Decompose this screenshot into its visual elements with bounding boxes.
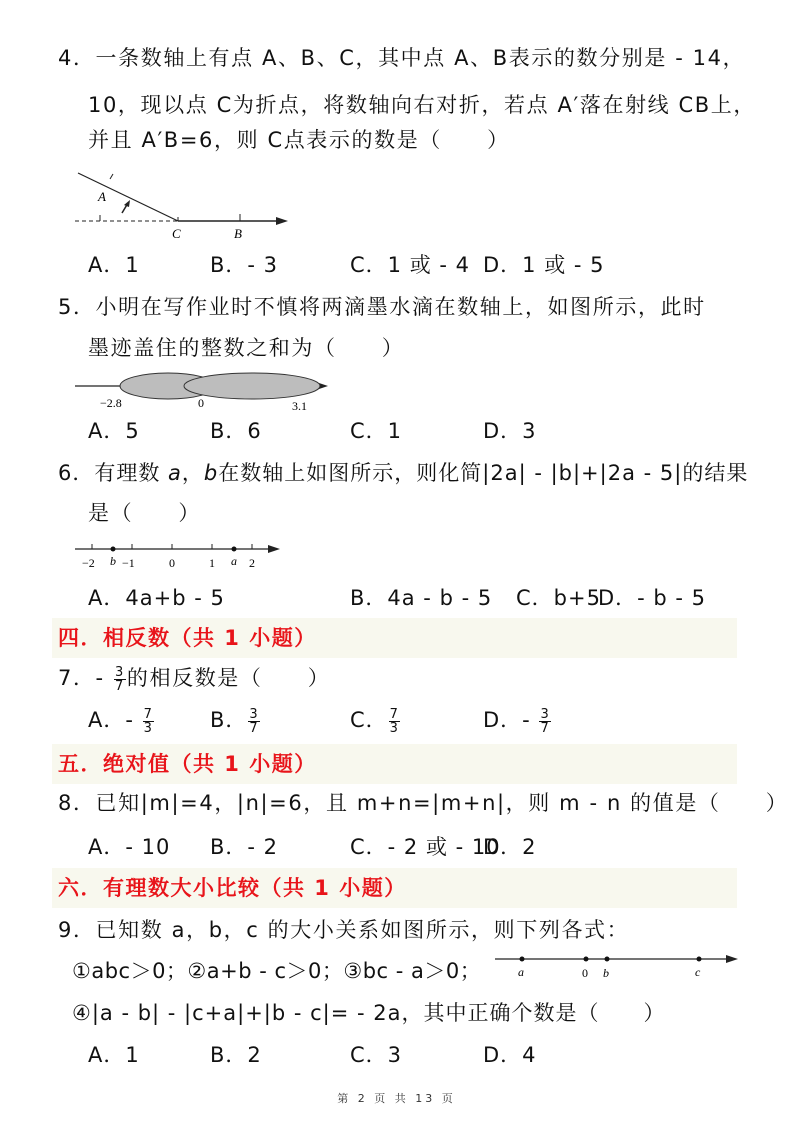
fraction: 37 <box>539 708 550 735</box>
numerator: 3 <box>114 666 126 680</box>
q8-option-b[interactable]: B．- 2 <box>210 832 278 862</box>
q9-line1: 9．已知数 a，b，c 的大小关系如图所示，则下列各式： <box>58 915 629 945</box>
q6-line1: 6．有理数 a，b在数轴上如图所示，则化简|2a| - |b|+|2a - 5|… <box>58 458 748 488</box>
q9-number-line: a 0 b c <box>490 950 750 985</box>
q5-option-c[interactable]: C．1 <box>350 416 402 446</box>
numerator: 3 <box>248 708 259 722</box>
q6-number-line: −2 b −1 0 1 a 2 <box>70 538 290 573</box>
q4-option-a[interactable]: A．1 <box>88 250 140 280</box>
q7-option-a[interactable]: A．- 73 <box>88 705 155 735</box>
denominator: 7 <box>248 722 259 735</box>
q6-option-a[interactable]: A．4a+b - 5 <box>88 583 225 613</box>
point-c-label: c <box>695 965 701 979</box>
var-b: b <box>204 461 218 485</box>
q8-option-c[interactable]: C．- 2 或 - 10 <box>350 832 501 862</box>
point-a-label: a <box>518 965 524 979</box>
numerator: 7 <box>143 708 154 722</box>
q6-line2: 是（ ） <box>88 498 201 528</box>
q5-option-b[interactable]: B．6 <box>210 416 262 446</box>
q8-line1: 8．已知|m|=4，|n|=6，且 m+n=|m+n|，则 m - n 的值是（… <box>58 788 788 818</box>
q7-text-post: 的相反数是（ ） <box>127 666 330 690</box>
option-label: B． <box>210 708 247 732</box>
q7-option-c[interactable]: C．73 <box>350 705 401 735</box>
q5-option-a[interactable]: A．5 <box>88 416 140 446</box>
q4-option-b[interactable]: B．- 3 <box>210 250 278 280</box>
q9-option-b[interactable]: B．2 <box>210 1040 262 1070</box>
section-heading-absolute-value: 五．绝对值（共 1 小题） <box>52 744 737 784</box>
fraction: 73 <box>143 708 154 735</box>
tick-neg2: −2 <box>82 556 95 570</box>
tick-0: 0 <box>169 556 175 570</box>
section-heading-opposite-numbers: 四．相反数（共 1 小题） <box>52 618 737 658</box>
fraction-3-7: 37 <box>114 666 126 693</box>
point-b-label: b <box>603 966 609 980</box>
q4-line2: 10，现以点 C为折点，将数轴向右对折，若点 A′落在射线 CB上， <box>88 90 756 120</box>
q5-ink-blot-diagram: −2.8 0 3.1 <box>70 370 340 415</box>
q5-line1: 5．小明在写作业时不慎将两滴墨水滴在数轴上，如图所示，此时 <box>58 292 706 322</box>
option-label: D．- <box>483 708 538 732</box>
q7-line: 7．- 37的相反数是（ ） <box>58 663 330 693</box>
q6-text-pre: 6．有理数 <box>58 461 168 485</box>
denominator: 3 <box>389 722 400 735</box>
denominator: 7 <box>114 680 126 693</box>
page-number-footer: 第 2 页 共 13 页 <box>0 1090 793 1106</box>
point-b-label: b <box>110 554 116 568</box>
q9-option-a[interactable]: A．1 <box>88 1040 140 1070</box>
label-A: A <box>97 189 106 204</box>
section-heading-rational-comparison: 六．有理数大小比较（共 1 小题） <box>52 868 737 908</box>
q4-option-c[interactable]: C．1 或 - 4 <box>350 250 470 280</box>
numerator: 3 <box>539 708 550 722</box>
q6-text-post: 在数轴上如图所示，则化简|2a| - |b|+|2a - 5|的结果 <box>218 461 748 485</box>
option-label: C． <box>350 708 388 732</box>
option-label: A．- <box>88 708 142 732</box>
q6-option-b[interactable]: B．4a - b - 5 <box>350 583 492 613</box>
q6-option-d[interactable]: D．- b - 5 <box>598 583 706 613</box>
q4-option-d[interactable]: D．1 或 - 5 <box>483 250 605 280</box>
q9-line2: ①abc＞0；②a+b - c＞0；③bc - a＞0； <box>72 956 481 986</box>
q5-line2: 墨迹盖住的整数之和为（ ） <box>88 333 404 363</box>
q4-fold-diagram: A C B <box>70 165 300 245</box>
q9-line3: ④|a - b| - |c+a|+|b - c|= - 2a，其中正确个数是（ … <box>72 998 666 1028</box>
denominator: 7 <box>539 722 550 735</box>
var-a: a <box>168 461 182 485</box>
q4-line3: 并且 A′B=6，则 C点表示的数是（ ） <box>88 125 510 155</box>
label-C: C <box>172 226 181 241</box>
q7-option-d[interactable]: D．- 37 <box>483 705 552 735</box>
label-neg-2-8: −2.8 <box>100 396 122 410</box>
q4-line1: 4．一条数轴上有点 A、B、C，其中点 A、B表示的数分别是 - 14， <box>58 43 745 73</box>
q7-text-pre: 7．- <box>58 666 113 690</box>
tick-2: 2 <box>249 556 255 570</box>
denominator: 3 <box>143 722 154 735</box>
q7-option-b[interactable]: B．37 <box>210 705 261 735</box>
fraction: 37 <box>248 708 259 735</box>
point-a-label: a <box>231 554 237 568</box>
q6-comma: ， <box>182 461 204 485</box>
q9-option-c[interactable]: C．3 <box>350 1040 402 1070</box>
label-B: B <box>234 226 242 241</box>
label-zero: 0 <box>198 396 204 410</box>
q8-option-d[interactable]: D．2 <box>483 832 537 862</box>
numerator: 7 <box>389 708 400 722</box>
tick-neg1: −1 <box>122 556 135 570</box>
q8-option-a[interactable]: A．- 10 <box>88 832 170 862</box>
q5-option-d[interactable]: D．3 <box>483 416 537 446</box>
fraction: 73 <box>389 708 400 735</box>
label-3-1: 3.1 <box>292 399 307 413</box>
zero-label: 0 <box>582 966 588 980</box>
q6-option-c[interactable]: C．b+5 <box>516 583 601 613</box>
tick-1: 1 <box>209 556 215 570</box>
q9-option-d[interactable]: D．4 <box>483 1040 537 1070</box>
